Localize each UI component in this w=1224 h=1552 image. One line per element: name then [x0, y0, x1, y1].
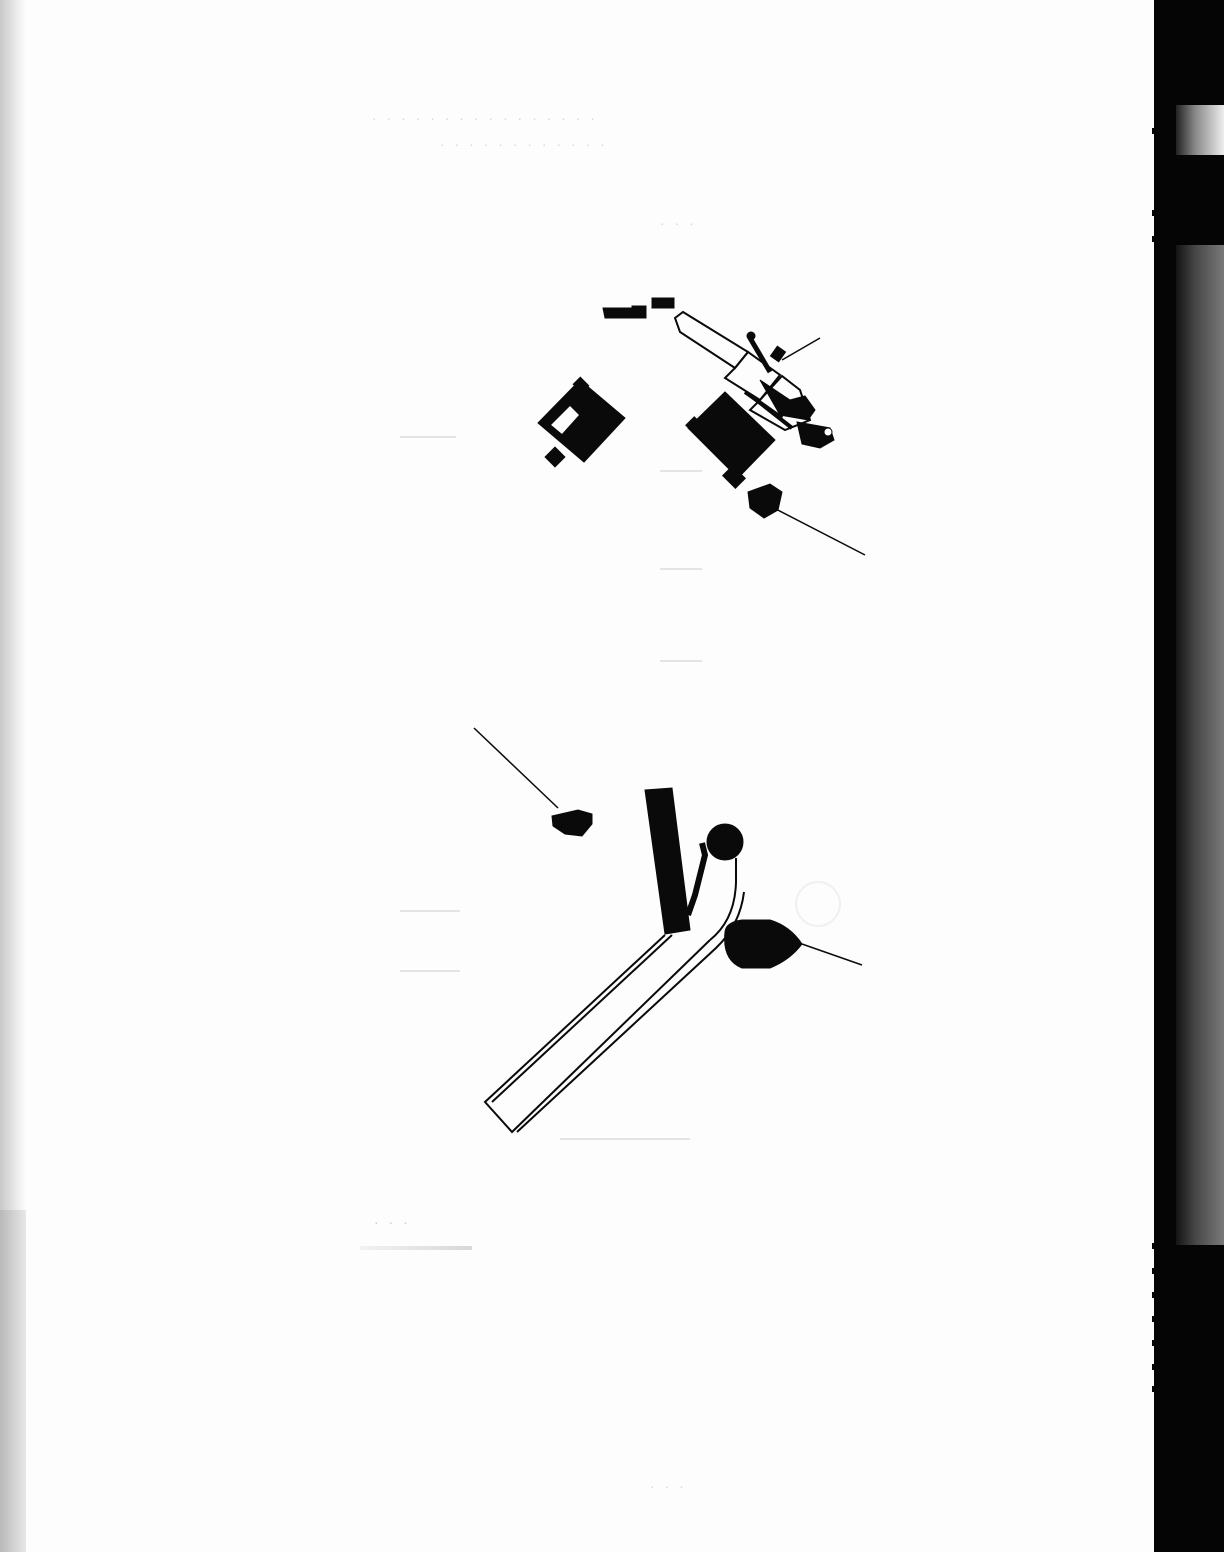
- callout-line: [400, 910, 460, 912]
- binding-notch: [1152, 1316, 1166, 1322]
- section-rule: [360, 1246, 472, 1250]
- binding-notch: [1152, 1340, 1166, 1346]
- header-line-2: · · · · · · · · · · · ·: [440, 136, 608, 152]
- binding-highlight: [1176, 105, 1224, 155]
- scan-left-shadow-lower: [0, 1210, 26, 1552]
- callout-line: [400, 970, 460, 972]
- binding-notch: [1152, 1364, 1166, 1370]
- page-number: · · ·: [650, 1478, 687, 1494]
- binding-notch: [1152, 1243, 1166, 1249]
- callout-line: [400, 436, 456, 438]
- binding-notch: [1152, 1386, 1166, 1392]
- binding-notch: [1152, 1292, 1166, 1298]
- figure-label: · · ·: [660, 215, 697, 231]
- header-line-1: · · · · · · · · · · · · · · · ·: [372, 110, 598, 126]
- binding-notch: [1152, 210, 1166, 216]
- exploded-assembly-lower-figure: [460, 720, 880, 1140]
- binding-highlight: [1176, 245, 1224, 1245]
- binding-notch: [1152, 1268, 1166, 1274]
- binding-notch: [1152, 128, 1166, 134]
- section-heading: · · ·: [374, 1214, 411, 1230]
- binding-notch: [1152, 236, 1166, 242]
- exploded-assembly-upper-figure: [520, 280, 880, 580]
- callout-line: [660, 660, 702, 662]
